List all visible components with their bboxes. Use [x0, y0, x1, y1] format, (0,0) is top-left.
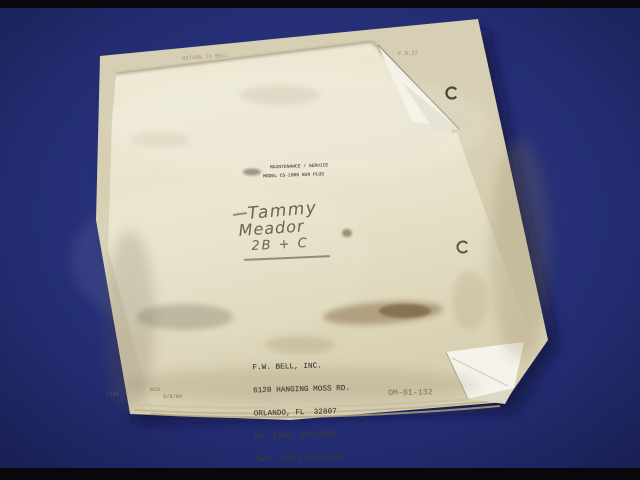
- address-line: 6120 HANGING MOSS RD.: [253, 385, 350, 395]
- address-block: F.W. BELL, INC. 6120 HANGING MOSS RD. OR…: [252, 346, 352, 479]
- small-spot-stain: [342, 229, 352, 237]
- address-line: PH. (407) 678-6900: [254, 431, 351, 441]
- footer-left-number: 7231: [106, 392, 119, 398]
- stain-dark-core: [379, 304, 431, 318]
- handwritten-note: 2B + C: [251, 236, 309, 254]
- smudge-near-title: [243, 169, 261, 176]
- footer-date: 5/8/89: [163, 394, 182, 400]
- photo-stage: RETURN TO BELL P.B.22 MAINTENANCE / SERV…: [0, 0, 640, 480]
- photo-top-bar: [0, 0, 640, 8]
- address-line: TWX. (810) 853-3115: [255, 454, 352, 464]
- footer-eco-mark: ECO: [150, 387, 160, 393]
- address-line: ORLANDO, FL 32807: [254, 408, 351, 418]
- pencil-note: P.B.22: [398, 50, 418, 57]
- left-smudge: [137, 304, 233, 330]
- footer-doc-number: OM-81-132: [388, 388, 433, 398]
- address-line: F.W. BELL, INC.: [252, 362, 349, 372]
